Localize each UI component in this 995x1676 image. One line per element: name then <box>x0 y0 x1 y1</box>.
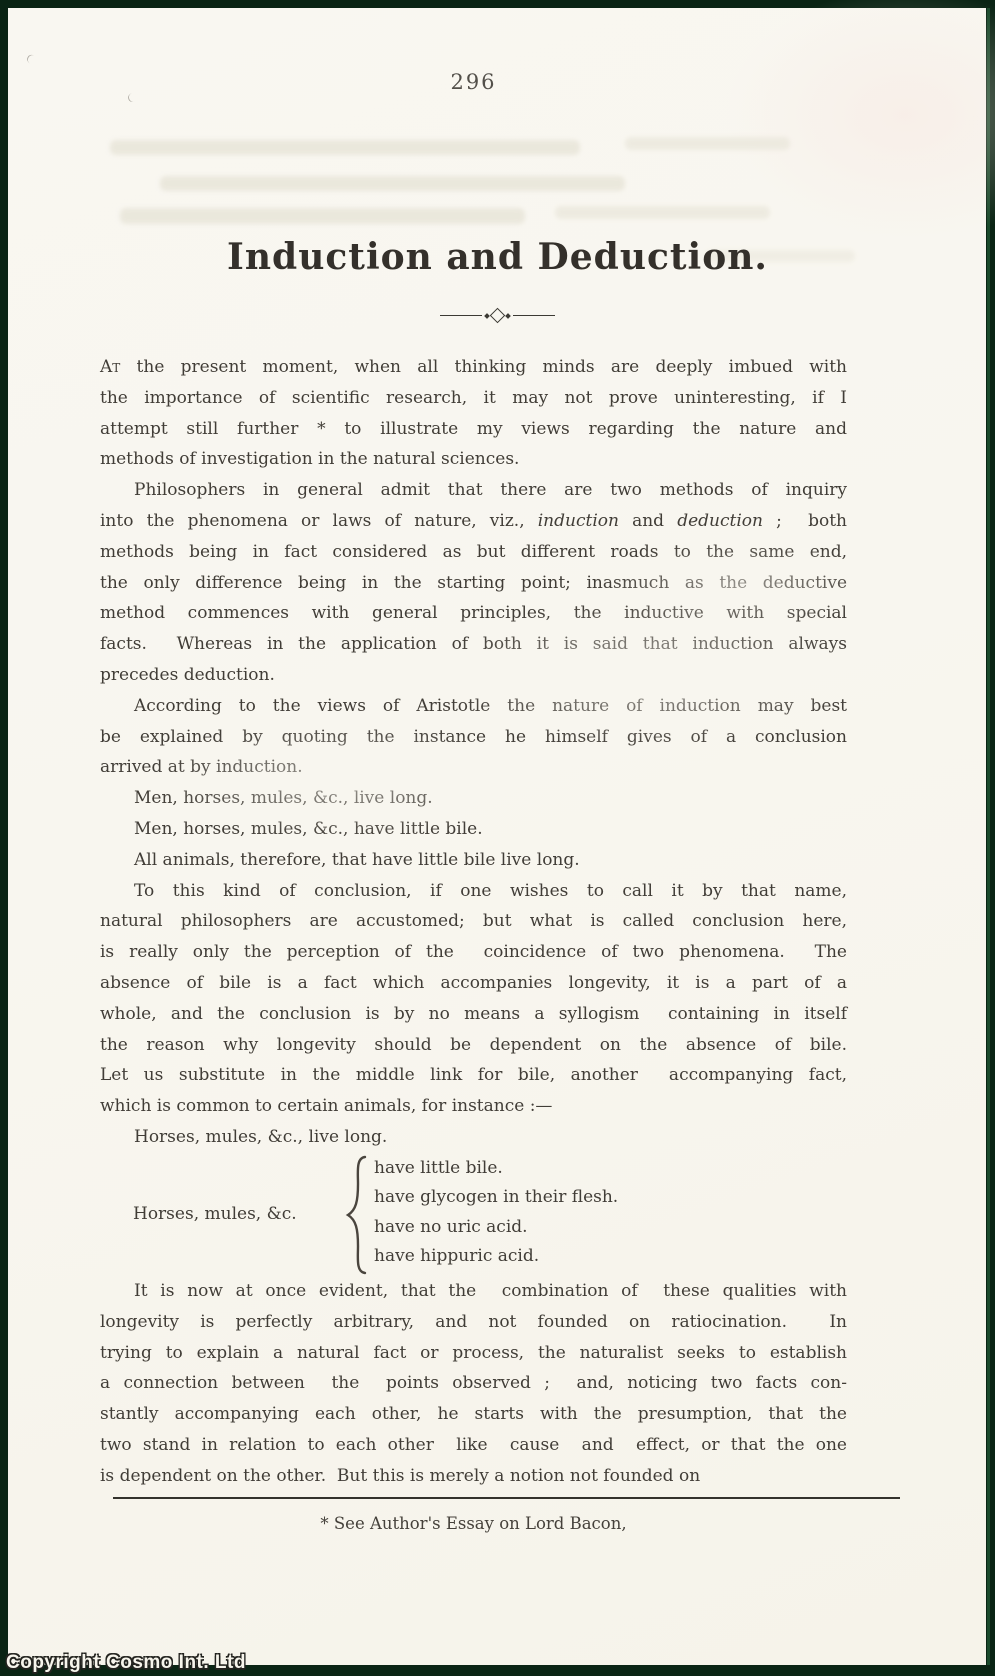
syllogism-line: Men, horses, mules, &c., live long. <box>100 783 847 814</box>
text-segment: the present moment, when all thinking mi… <box>120 357 847 377</box>
brace-item: have no uric acid. <box>374 1213 618 1243</box>
copyright-watermark: Copyright Cosmo Int. Ltd <box>6 1652 246 1674</box>
text-line: longevity is perfectly arbitrary, and no… <box>100 1307 847 1338</box>
text-line: the reason why longevity should be depen… <box>100 1030 847 1061</box>
bleedthrough-band <box>625 137 790 150</box>
page-number: 296 <box>100 70 847 94</box>
text-line: method commences with general principles… <box>100 598 847 629</box>
footnote-text: * See Author's Essay on Lord Bacon, <box>100 1514 847 1533</box>
footnote-rule <box>113 1497 900 1499</box>
bleedthrough-band <box>120 208 525 224</box>
syllogism-line: All animals, therefore, that have little… <box>100 845 847 876</box>
bleedthrough-band <box>160 176 625 191</box>
syllogism-line: Men, horses, mules, &c., have little bil… <box>100 814 847 845</box>
brace-item: have hippuric acid. <box>374 1242 618 1272</box>
text-line: the importance of scientific research, i… <box>100 383 847 414</box>
text-line: is dependent on the other. But this is m… <box>100 1461 847 1492</box>
bleedthrough-band <box>555 206 770 219</box>
brace-item: have glycogen in their flesh. <box>374 1183 618 1213</box>
brace-list-label: Horses, mules, &c. <box>133 1199 297 1230</box>
text-line: whole, and the conclusion is by no means… <box>100 999 847 1030</box>
text-segment: and <box>619 511 677 531</box>
text-line: To this kind of conclusion, if one wishe… <box>100 876 847 907</box>
text-line: into the phenomena or laws of nature, vi… <box>100 506 847 537</box>
text-line: methods being in fact considered as but … <box>100 537 847 568</box>
scanned-book-page: { "colors": { "scan_border_green": "#0a2… <box>0 0 995 1676</box>
article-body: At the present moment, when all thinking… <box>100 352 847 1491</box>
text-line: precedes deduction. <box>100 660 847 691</box>
article-title: Induction and Deduction. <box>0 236 995 278</box>
text-segment: ; both <box>763 511 847 531</box>
text-line: absence of bile is a fact which accompan… <box>100 968 847 999</box>
text-line: a connection between the points observed… <box>100 1368 847 1399</box>
ornament-dot <box>505 313 511 319</box>
ornament-rule-left <box>440 315 482 317</box>
smallcaps-word: At <box>100 357 120 377</box>
brace-list: Horses, mules, &c. have little bile. hav… <box>100 1153 847 1276</box>
text-line: trying to explain a natural fact or proc… <box>100 1338 847 1369</box>
bleedthrough-band <box>110 140 580 155</box>
syllogism-line: Horses, mules, &c., live long. <box>100 1122 847 1153</box>
text-line: It is now at once evident, that the comb… <box>100 1276 847 1307</box>
text-line: stantly accompanying each other, he star… <box>100 1399 847 1430</box>
text-line: Philosophers in general admit that there… <box>100 475 847 506</box>
text-line: facts. Whereas in the application of bot… <box>100 629 847 660</box>
section-divider-ornament <box>0 310 995 321</box>
text-line: attempt still further * to illustrate my… <box>100 414 847 445</box>
text-line: is really only the perception of the coi… <box>100 937 847 968</box>
text-segment: into the phenomena or laws of nature, vi… <box>100 511 538 531</box>
text-line: At the present moment, when all thinking… <box>100 352 847 383</box>
text-line: the only difference being in the startin… <box>100 568 847 599</box>
ornament-diamond <box>490 308 506 324</box>
text-line: arrived at by induction. <box>100 752 847 783</box>
italic-term: deduction <box>677 511 763 531</box>
text-line: two stand in relation to each other like… <box>100 1430 847 1461</box>
ornament-rule-right <box>513 315 555 317</box>
text-line: methods of investigation in the natural … <box>100 444 847 475</box>
italic-term: induction <box>538 511 619 531</box>
text-line: which is common to certain animals, for … <box>100 1091 847 1122</box>
curly-brace <box>343 1155 369 1275</box>
brace-item: have little bile. <box>374 1154 618 1184</box>
brace-item-list: have little bile. have glycogen in their… <box>374 1154 618 1272</box>
text-line: natural philosophers are accustomed; but… <box>100 906 847 937</box>
text-line: Let us substitute in the middle link for… <box>100 1060 847 1091</box>
text-line: be explained by quoting the instance he … <box>100 722 847 753</box>
text-line: According to the views of Aristotle the … <box>100 691 847 722</box>
